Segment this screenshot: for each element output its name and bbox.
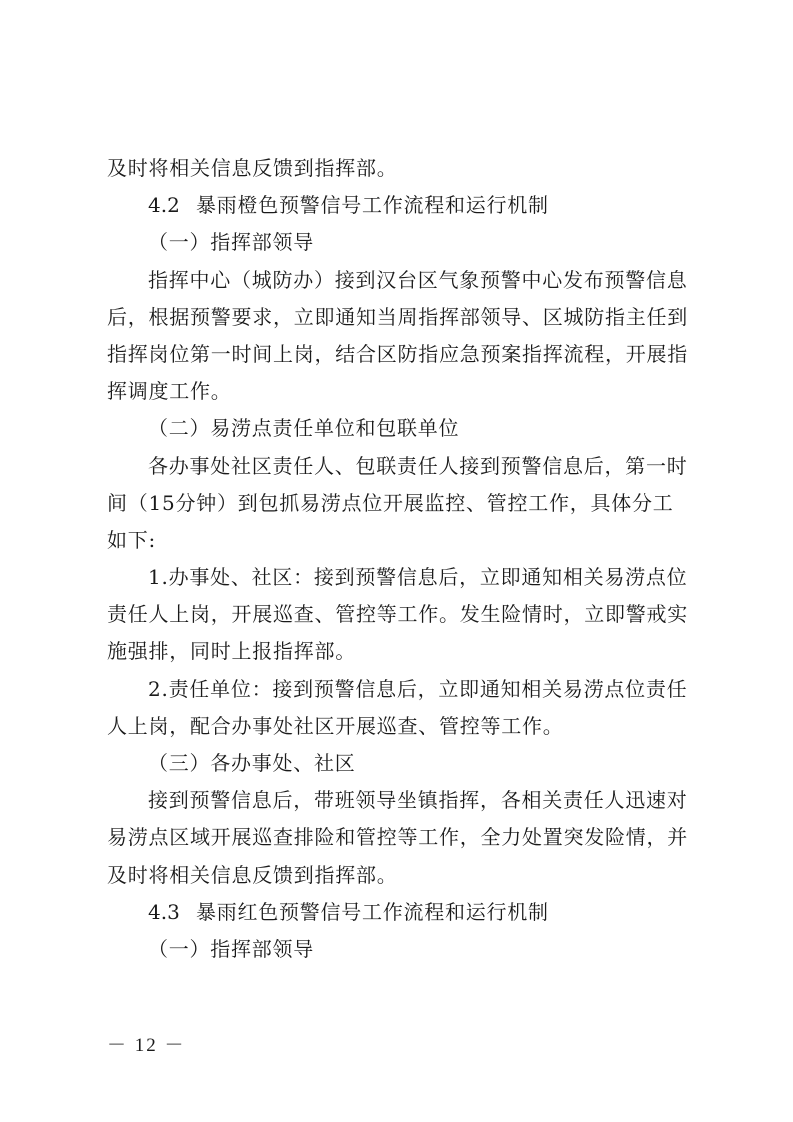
paragraph-line: 及时将相关信息反馈到指挥部。 xyxy=(107,857,691,894)
list-item-line: 责任人上岗，开展巡查、管控等工作。发生险情时，立即警戒实 xyxy=(107,596,691,633)
subsection-heading: （一）指挥部领导 xyxy=(107,931,691,968)
subsection-heading: （二）易涝点责任单位和包联单位 xyxy=(107,410,691,447)
list-item-line: 2.责任单位：接到预警信息后，立即通知相关易涝点位责任 xyxy=(107,671,691,708)
paragraph-line: 挥调度工作。 xyxy=(107,373,691,410)
section-title: 暴雨橙色预警信号工作流程和运行机制 xyxy=(196,193,549,217)
page-number: － 12 － xyxy=(107,1030,186,1057)
section-heading-4-3: 4.3暴雨红色预警信号工作流程和运行机制 xyxy=(107,894,691,931)
paragraph-line: 接到预警信息后，带班领导坐镇指挥，各相关责任人迅速对 xyxy=(107,782,691,819)
section-title: 暴雨红色预警信号工作流程和运行机制 xyxy=(196,900,549,924)
paragraph-line: 指挥岗位第一时间上岗，结合区防指应急预案指挥流程，开展指 xyxy=(107,336,691,373)
list-item-line: 1.办事处、社区：接到预警信息后，立即通知相关易涝点位 xyxy=(107,559,691,596)
paragraph-line: 指挥中心（城防办）接到汉台区气象预警中心发布预警信息 xyxy=(107,262,691,299)
paragraph-line: 易涝点区域开展巡查排险和管控等工作，全力处置突发险情，并 xyxy=(107,819,691,856)
paragraph-line: 如下: xyxy=(107,522,691,559)
list-item-line: 人上岗，配合办事处社区开展巡查、管控等工作。 xyxy=(107,708,691,745)
section-heading-4-2: 4.2暴雨橙色预警信号工作流程和运行机制 xyxy=(107,187,691,224)
document-body: 及时将相关信息反馈到指挥部。 4.2暴雨橙色预警信号工作流程和运行机制 （一）指… xyxy=(107,150,691,968)
section-number: 4.2 xyxy=(148,187,196,224)
paragraph-line: 各办事处社区责任人、包联责任人接到预警信息后，第一时 xyxy=(107,448,691,485)
section-number: 4.3 xyxy=(148,894,196,931)
list-item-line: 施强排，同时上报指挥部。 xyxy=(107,633,691,670)
paragraph-line: 及时将相关信息反馈到指挥部。 xyxy=(107,150,691,187)
subsection-heading: （一）指挥部领导 xyxy=(107,224,691,261)
subsection-heading: （三）各办事处、社区 xyxy=(107,745,691,782)
paragraph-line: 后，根据预警要求，立即通知当周指挥部领导、区城防指主任到 xyxy=(107,299,691,336)
paragraph-line: 间（15分钟）到包抓易涝点位开展监控、管控工作，具体分工 xyxy=(107,485,691,522)
